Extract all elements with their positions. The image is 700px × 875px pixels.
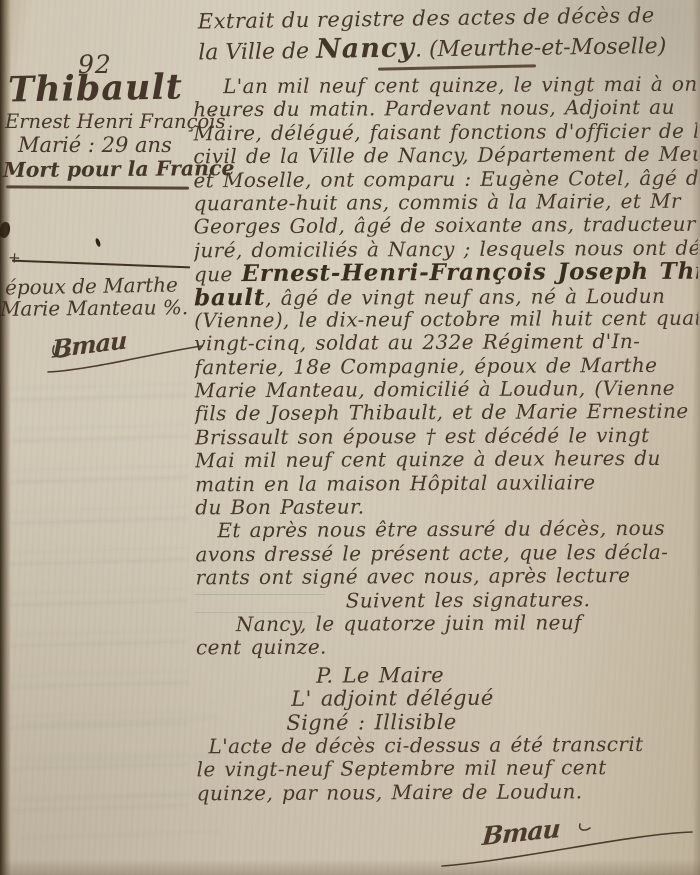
page-left-edge (0, 0, 11, 875)
marital-status: Marié : 29 ans (18, 133, 172, 157)
body-line: Mai mil neuf cent quinze à deux heures d… (195, 447, 699, 473)
signatures-note: Suivent les signatures. (196, 587, 700, 613)
header-city-prefix: la Ville de (198, 39, 316, 66)
transcription-line: L'acte de décès ci-dessus a été transcri… (196, 733, 700, 759)
deceased-full-name-cont: bault (194, 283, 265, 310)
header-department: . (Meurthe-et-Moselle) (415, 34, 667, 63)
deceased-surname: Thibault (8, 66, 184, 110)
margin-annotations: 92 Thibault Ernest Henri François Marié … (0, 0, 195, 875)
body-line: rants ont signé avec nous, après lecture (196, 564, 700, 590)
transcription-line: quinze, par nous, Maire de Loudun. (197, 779, 700, 805)
transcription-line: le vingt-neuf Septembre mil neuf cent (197, 756, 700, 782)
page-right-edge (692, 0, 700, 875)
body-line-deceased-name: que Ernest-Henri-François Joseph Thi- (194, 260, 698, 286)
ink-blot (95, 238, 102, 248)
header-subtitle: la Ville de Nancy. (Meurthe-et-Moselle) (198, 29, 698, 67)
page-bottom-edge (0, 859, 700, 875)
dateline-cont: cent quinze. (196, 634, 700, 660)
spouse-note-line2: Marie Manteau %. (0, 295, 188, 321)
official-title: L' adjoint délégué (196, 686, 700, 712)
document-header: Extrait du registre des actes de décès d… (198, 3, 699, 67)
margin-rule-2: + (12, 260, 190, 269)
body-line: matin en la maison Hôpital auxiliaire (195, 470, 699, 496)
death-register-page: Extrait du registre des actes de décès d… (0, 0, 700, 875)
official-title: P. Le Maire (196, 662, 700, 688)
act-body-text: L'an mil neuf cent quinze, le vingt mai … (193, 73, 700, 851)
header-city: Nancy (316, 32, 415, 64)
margin-rule (6, 185, 189, 189)
margin-paraph-signature: Bmau (40, 328, 200, 383)
body-line: civil de la Ville de Nancy, Département … (193, 143, 697, 169)
header-underline (378, 64, 536, 70)
dateline: Nancy, le quatorze juin mil neuf (196, 611, 700, 637)
